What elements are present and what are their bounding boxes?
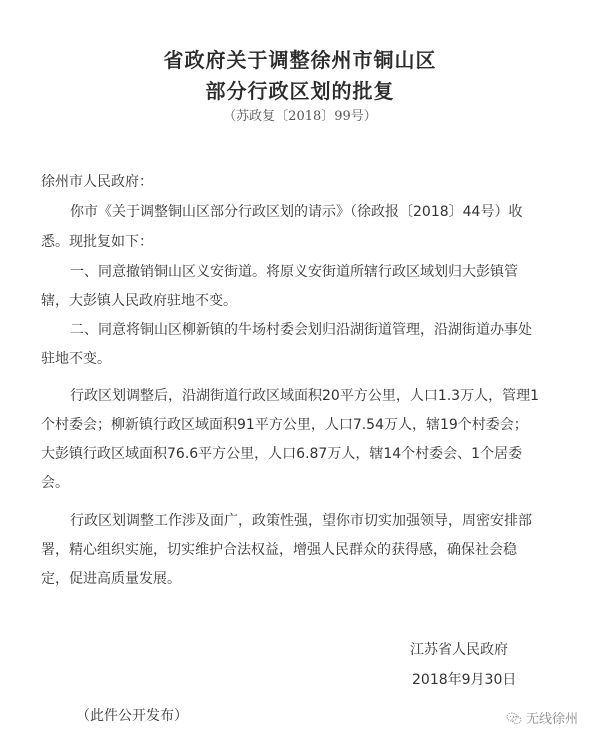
body-line: 署，精心组织实施，切实维护合法权益，增强人民群众的获得感，确保社会稳 bbox=[41, 541, 517, 559]
signature-organization: 江苏省人民政府 bbox=[410, 639, 508, 659]
watermark-text: 无线徐州 bbox=[526, 708, 578, 727]
document-title-line-1: 省政府关于调整徐州市铜山区 bbox=[0, 44, 600, 73]
body-line: 一、同意撤销铜山区义安街道。将原义安街道所辖行政区域划归大彭镇管 bbox=[70, 263, 518, 281]
signature-date: 2018年9月30日 bbox=[412, 669, 516, 689]
watermark: 无线徐州 bbox=[506, 708, 578, 727]
body-line: 驻地不变。 bbox=[41, 350, 111, 368]
document-title-line-2: 部分行政区划的批复 bbox=[0, 75, 600, 104]
addressee: 徐州市人民政府： bbox=[41, 173, 153, 191]
body-line: 行政区划调整后，沿湖街道行政区域面积20平方公里，人口1.3万人，管理1 bbox=[70, 387, 539, 405]
body-line: 会。 bbox=[41, 474, 69, 492]
body-line: 个村委会；柳新镇行政区域面积91平方公里，人口7.54万人，辖19个村委会； bbox=[41, 416, 528, 434]
body-line: 二、同意将铜山区柳新镇的牛场村委会划归沿湖街道管理，沿湖街道办事处 bbox=[70, 321, 532, 339]
body-line: 悉。现批复如下： bbox=[41, 233, 153, 251]
body-line: 定，促进高质量发展。 bbox=[41, 570, 181, 588]
publication-note: （此件公开发布） bbox=[76, 705, 188, 725]
body-line: 你市《关于调整铜山区部分行政区划的请示》（徐政报〔2018〕44号）收 bbox=[70, 203, 522, 221]
document-number: （苏政复〔2018〕99号） bbox=[0, 105, 600, 124]
wechat-icon bbox=[506, 711, 522, 725]
body-line: 行政区划调整工作涉及面广，政策性强，望你市切实加强领导，周密安排部 bbox=[70, 512, 532, 530]
body-line: 大彭镇行政区域面积76.6平方公里，人口6.87万人，辖14个村委会、1个居委 bbox=[41, 445, 522, 463]
body-line: 辖，大彭镇人民政府驻地不变。 bbox=[41, 292, 237, 310]
